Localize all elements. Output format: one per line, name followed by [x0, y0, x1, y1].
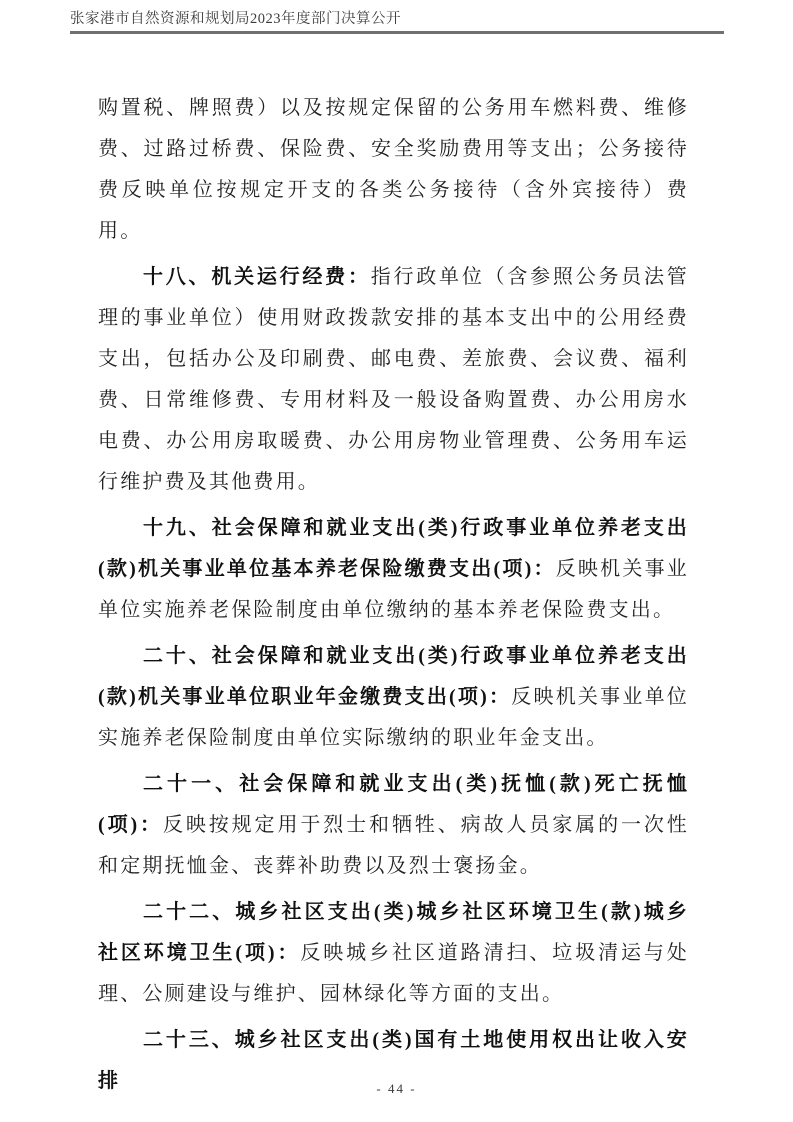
document-body: 购置税、牌照费）以及按规定保留的公务用车燃料费、维修费、过路过桥费、保险费、安全…: [98, 88, 689, 1107]
paragraph-item-20: 二十、社会保障和就业支出(类)行政事业单位养老支出(款)机关事业单位职业年金缴费…: [98, 636, 689, 759]
paragraph-lead: 十八、机关运行经费：: [143, 266, 371, 288]
page-number: - 44 -: [376, 1081, 416, 1096]
paragraph-text: 指行政单位（含参照公务员法管理的事业单位）使用财政拨款安排的基本支出中的公用经费…: [98, 266, 689, 493]
document-page: { "header": { "title": "张家港市自然资源和规划局2023…: [0, 0, 793, 1122]
header-divider: [70, 31, 724, 34]
paragraph-text: 购置税、牌照费）以及按规定保留的公务用车燃料费、维修费、过路过桥费、保险费、安全…: [98, 97, 689, 242]
paragraph-item-18: 十八、机关运行经费：指行政单位（含参照公务员法管理的事业单位）使用财政拨款安排的…: [98, 257, 689, 503]
paragraph-item-22: 二十二、城乡社区支出(类)城乡社区环境卫生(款)城乡社区环境卫生(项)：反映城乡…: [98, 892, 689, 1015]
paragraph-continuation: 购置税、牌照费）以及按规定保留的公务用车燃料费、维修费、过路过桥费、保险费、安全…: [98, 88, 689, 252]
page-footer: - 44 -: [0, 1080, 793, 1098]
header-title: 张家港市自然资源和规划局2023年度部门决算公开: [70, 11, 724, 30]
paragraph-item-21: 二十一、社会保障和就业支出(类)抚恤(款)死亡抚恤(项)：反映按规定用于烈士和牺…: [98, 764, 689, 887]
paragraph-item-19: 十九、社会保障和就业支出(类)行政事业单位养老支出(款)机关事业单位基本养老保险…: [98, 508, 689, 631]
page-header: 张家港市自然资源和规划局2023年度部门决算公开: [70, 11, 724, 34]
paragraph-text: 反映按规定用于烈士和牺牲、病故人员家属的一次性和定期抚恤金、丧葬补助费以及烈士褒…: [98, 814, 689, 877]
